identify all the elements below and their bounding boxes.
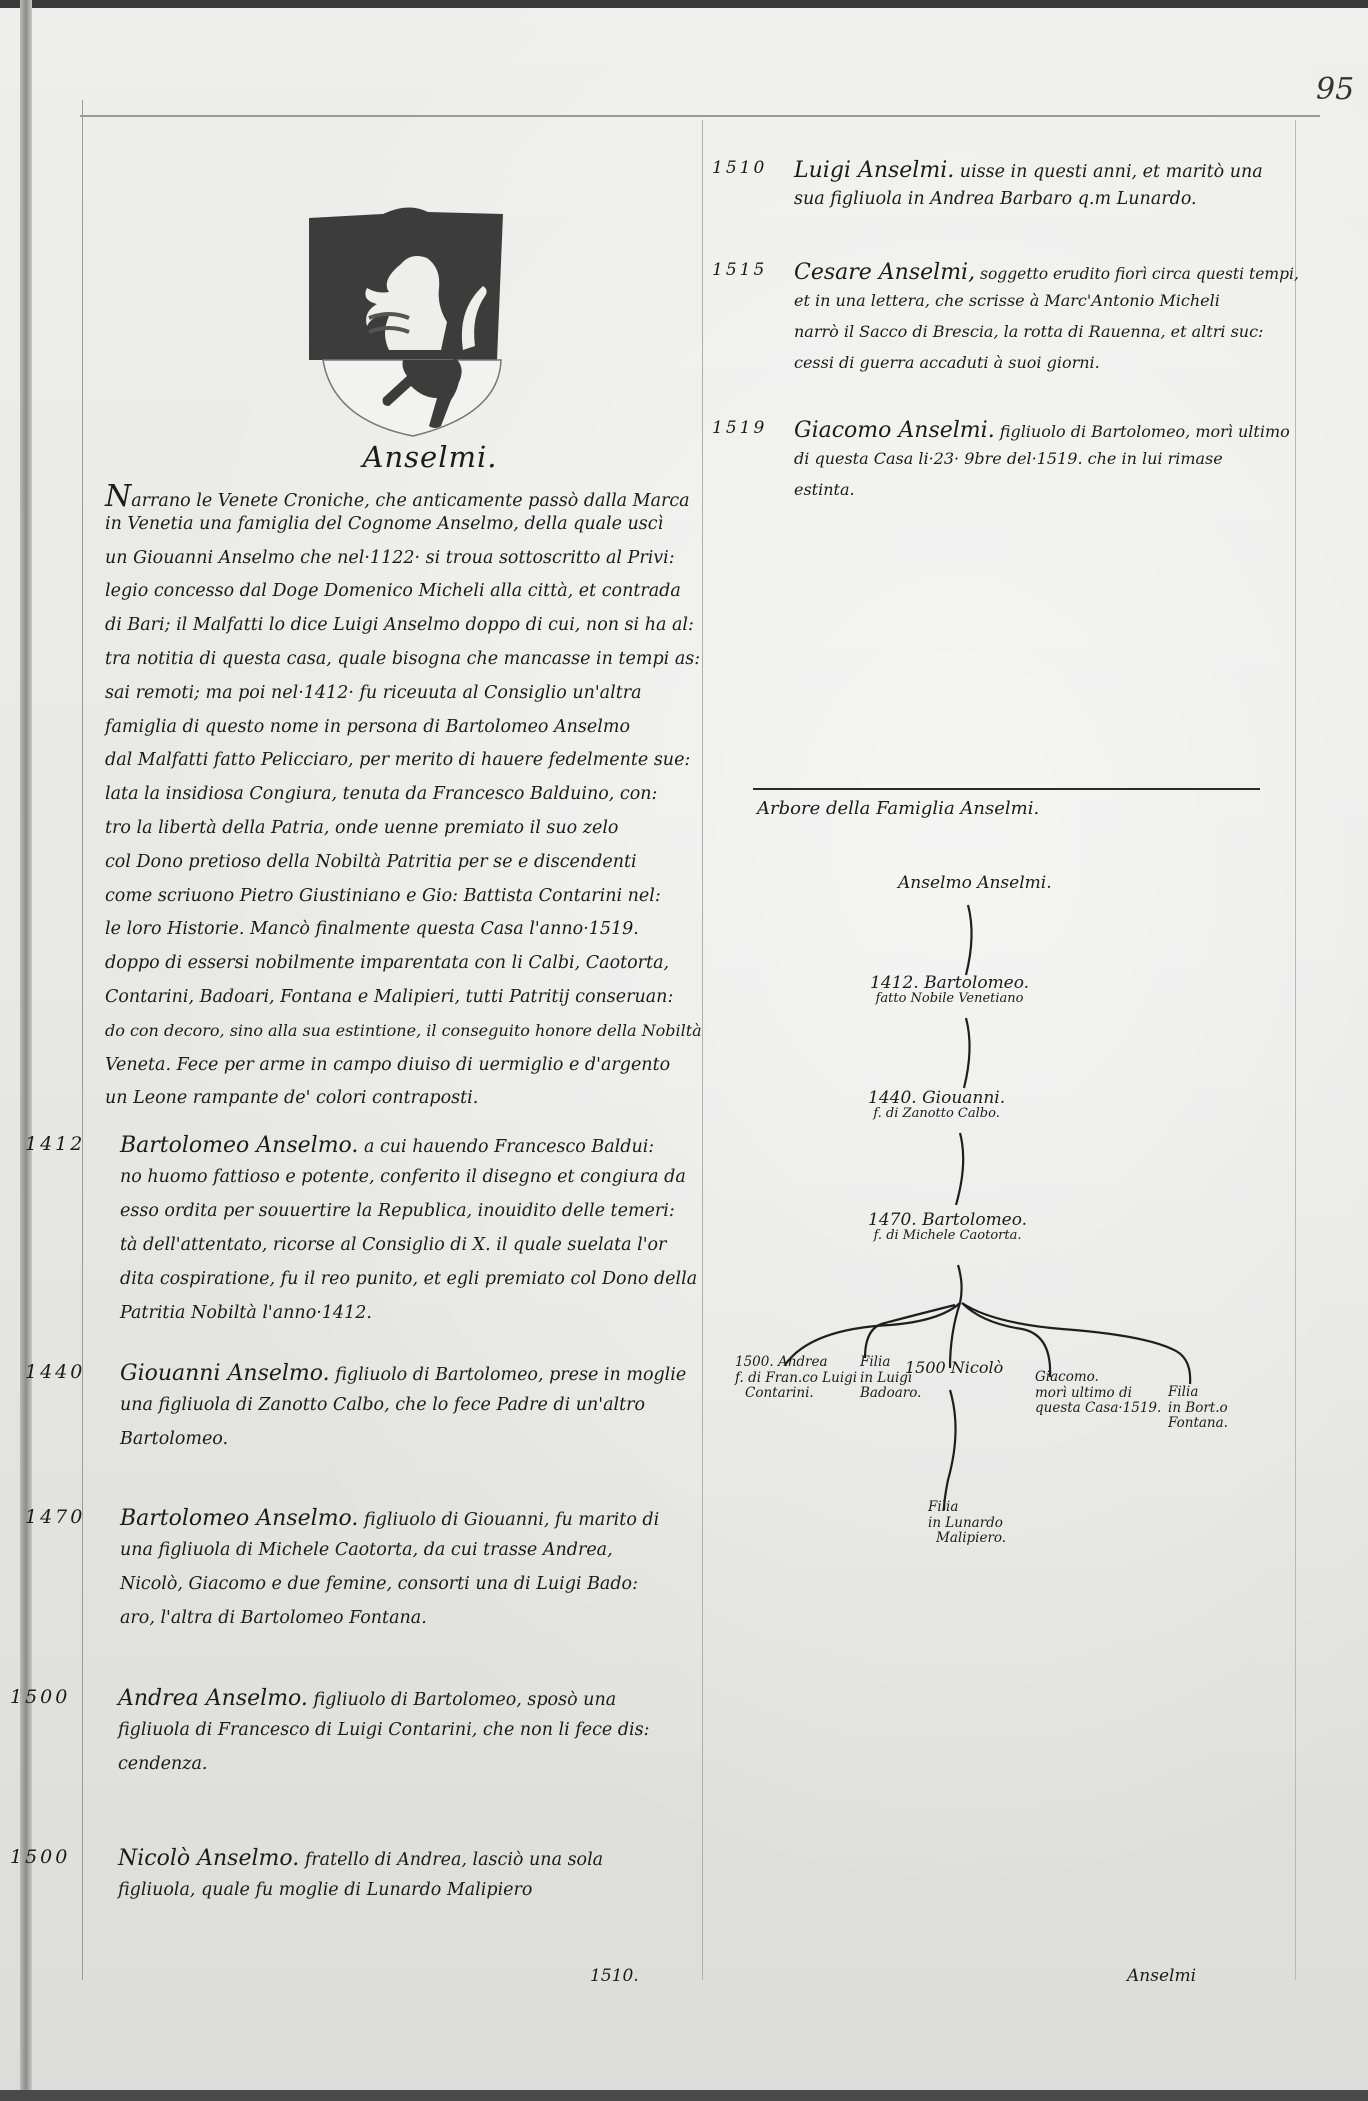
- family-tree-title: Arbore della Famiglia Anselmi.: [757, 800, 1039, 818]
- tree-node-note: f. di Zanotto Calbo.: [868, 1107, 1005, 1120]
- entry-text: a cui hauendo Francesco Baldui:: [358, 1137, 654, 1157]
- catchword-right: Anselmi: [1127, 1968, 1196, 1985]
- page-bottom-edge: [0, 2090, 1368, 2101]
- entry-text: sua figliuola in Andrea Barbaro q.m Luna…: [794, 191, 1263, 222]
- entry-text: fratello di Andrea, lasciò una sola: [299, 1850, 603, 1870]
- entry-year: 1500: [10, 1848, 120, 1867]
- entry-text: figliuola di Francesco di Luigi Contarin…: [118, 1722, 650, 1756]
- tree-node-note: questa Casa·1519.: [1035, 1401, 1161, 1417]
- entry-text: figliuola, quale fu moglie di Lunardo Ma…: [118, 1882, 603, 1916]
- intro-line: di Bari; il Malfatti lo dice Luigi Ansel…: [105, 617, 695, 651]
- entry-year: 1470: [25, 1508, 120, 1527]
- intro-line: sai remoti; ma poi nel·1412· fu riceuuta…: [105, 685, 695, 719]
- tree-node-note: Contarini.: [735, 1386, 857, 1402]
- tree-node-note: Malipiero.: [928, 1531, 1006, 1547]
- entry-text: Bartolomeo.: [120, 1431, 686, 1465]
- entry-year: 1519: [712, 420, 792, 437]
- tree-node-label: Filia: [928, 1500, 1006, 1516]
- entry-text: et in una lettera, che scrisse à Marc'An…: [794, 293, 1299, 324]
- tree-node-note: f. di Michele Caotorta.: [868, 1229, 1027, 1242]
- entry-text: cendenza.: [118, 1756, 650, 1790]
- entry-person-name: Giouanni Anselmo.: [120, 1361, 330, 1386]
- tree-node-anselmo: Anselmo Anselmi.: [898, 875, 1052, 892]
- tree-node-label: Anselmo Anselmi.: [898, 873, 1052, 893]
- tree-node-note: morì ultimo di: [1035, 1386, 1161, 1402]
- entry-text: cessi di guerra accaduti à suoi giorni.: [794, 355, 1299, 386]
- tree-node-label: 1412. Bartolomeo.: [870, 973, 1029, 993]
- tree-node-label: 1500 Nicolò: [905, 1358, 1003, 1377]
- intro-line: lata la insidiosa Congiura, tenuta da Fr…: [105, 786, 695, 820]
- book-binding-gutter: [20, 0, 32, 2101]
- tree-node-note: Fontana.: [1168, 1416, 1228, 1432]
- entry-year: 1440: [25, 1363, 120, 1382]
- entry-year: 1500: [10, 1688, 120, 1707]
- tree-node-filia-fontana: Filia in Bort.o Fontana.: [1168, 1385, 1228, 1432]
- tree-node-label: 1500. Andrea: [735, 1355, 857, 1371]
- entry-text: estinta.: [794, 482, 1290, 513]
- entry-person-name: Luigi Anselmi.: [794, 158, 954, 183]
- entry-text: aro, l'altra di Bartolomeo Fontana.: [120, 1610, 659, 1644]
- shield-lion-rampant-icon: [303, 200, 543, 440]
- tree-node-bartolomeo-1412: 1412. Bartolomeo. fatto Nobile Venetiano: [870, 975, 1029, 1005]
- manuscript-page: 95 Anselmi. Narrano le Venete Croniche, …: [0, 0, 1368, 2101]
- entry-year: 1515: [712, 262, 792, 279]
- folio-number: 95: [1316, 72, 1354, 107]
- entry-person-name: Nicolò Anselmo.: [118, 1846, 299, 1871]
- tree-node-note: f. di Fran.co Luigi: [735, 1371, 857, 1387]
- entry-year: 1510: [712, 160, 792, 177]
- catchword-left: 1510.: [590, 1968, 639, 1985]
- tree-node-note: in Bort.o: [1168, 1401, 1228, 1417]
- tree-node-label: 1440. Giouanni.: [868, 1088, 1005, 1108]
- intro-line: dal Malfatti fatto Pelicciaro, per merit…: [105, 752, 695, 786]
- tree-node-note: in Lunardo: [928, 1516, 1006, 1532]
- intro-line: do con decoro, sino alla sua estintione,…: [105, 1023, 695, 1057]
- intro-line: come scriuono Pietro Giustiniano e Gio: …: [105, 888, 695, 922]
- entry-text: esso ordita per souuertire la Republica,…: [120, 1203, 697, 1237]
- intro-line: Narrano le Venete Croniche, che anticame…: [105, 482, 695, 516]
- ruled-line-top: [80, 115, 1320, 117]
- ruled-column-divider: [702, 120, 703, 1980]
- entry-text: dita cospiratione, fu il reo punito, et …: [120, 1271, 697, 1305]
- intro-line: legio concesso dal Doge Domenico Micheli…: [105, 583, 695, 617]
- entry-text: narrò il Sacco di Brescia, la rotta di R…: [794, 324, 1299, 355]
- entry-text: Nicolò, Giacomo e due femine, consorti u…: [120, 1576, 659, 1610]
- intro-line: le loro Historie. Mancò finalmente quest…: [105, 921, 695, 955]
- tree-node-bartolomeo-1470: 1470. Bartolomeo. f. di Michele Caotorta…: [868, 1212, 1027, 1242]
- entry-year: 1412: [25, 1135, 120, 1154]
- intro-line: Veneta. Fece per arme in campo diuiso di…: [105, 1057, 695, 1091]
- tree-node-label: Giacomo.: [1035, 1370, 1161, 1386]
- tree-node-filia-malipiero: Filia in Lunardo Malipiero.: [928, 1500, 1006, 1547]
- tree-node-nicolo: 1500 Nicolò: [905, 1360, 1003, 1376]
- page-top-edge: [0, 0, 1368, 8]
- intro-line: doppo di essersi nobilmente imparentata …: [105, 955, 695, 989]
- entry-person-name: Cesare Anselmi,: [794, 260, 975, 285]
- entry-person-name: Andrea Anselmo.: [118, 1686, 308, 1711]
- entry-text: no huomo fattioso e potente, conferito i…: [120, 1169, 697, 1203]
- intro-line: un Giouanni Anselmo che nel·1122· si tro…: [105, 550, 695, 584]
- entry-text: una figliuola di Zanotto Calbo, che lo f…: [120, 1397, 686, 1431]
- entry-text: figliuolo di Giouanni, fu marito di: [358, 1510, 659, 1530]
- entry-person-name: Giacomo Anselmi.: [794, 418, 995, 443]
- intro-line: famiglia di questo nome in persona di Ba…: [105, 719, 695, 753]
- intro-line: tro la libertà della Patria, onde uenne …: [105, 820, 695, 854]
- entry-text: figliuolo di Bartolomeo, sposò una: [308, 1690, 616, 1710]
- tree-node-label: Filia: [1168, 1385, 1228, 1401]
- family-name-heading: Anselmi.: [340, 440, 520, 474]
- intro-line: un Leone rampante de' colori contraposti…: [105, 1090, 695, 1124]
- ruled-margin-right: [1295, 120, 1296, 1980]
- entry-text: uisse in questi anni, et maritò una: [954, 162, 1263, 182]
- tree-node-andrea: 1500. Andrea f. di Fran.co Luigi Contari…: [735, 1355, 857, 1402]
- entry-text: Patritia Nobiltà l'anno·1412.: [120, 1305, 697, 1339]
- tree-node-giacomo: Giacomo. morì ultimo di questa Casa·1519…: [1035, 1370, 1161, 1417]
- tree-node-label: 1470. Bartolomeo.: [868, 1210, 1027, 1230]
- tree-node-note: fatto Nobile Venetiano: [870, 992, 1029, 1005]
- entry-text: tà dell'attentato, ricorse al Consiglio …: [120, 1237, 697, 1271]
- entry-text: figliuolo di Bartolomeo, prese in moglie: [330, 1365, 687, 1385]
- entry-text: di questa Casa li·23· 9bre del·1519. che…: [794, 451, 1290, 482]
- tree-section-divider: [753, 788, 1260, 790]
- tree-node-giouanni-1440: 1440. Giouanni. f. di Zanotto Calbo.: [868, 1090, 1005, 1120]
- intro-line: Contarini, Badoari, Fontana e Malipieri,…: [105, 989, 695, 1023]
- entry-person-name: Bartolomeo Anselmo.: [120, 1133, 358, 1158]
- intro-line: in Venetia una famiglia del Cognome Anse…: [105, 516, 695, 550]
- entry-person-name: Bartolomeo Anselmo.: [120, 1506, 358, 1531]
- entry-text: figliuolo di Bartolomeo, morì ultimo: [995, 422, 1290, 441]
- tree-node-note: Badoaro.: [860, 1386, 921, 1402]
- entry-text: soggetto erudito fiorì circa questi temp…: [975, 265, 1299, 283]
- intro-paragraph: Narrano le Venete Croniche, che anticame…: [105, 482, 695, 1124]
- entry-text: una figliuola di Michele Caotorta, da cu…: [120, 1542, 659, 1576]
- intro-line: col Dono pretioso della Nobiltà Patritia…: [105, 854, 695, 888]
- intro-line: tra notitia di questa casa, quale bisogn…: [105, 651, 695, 685]
